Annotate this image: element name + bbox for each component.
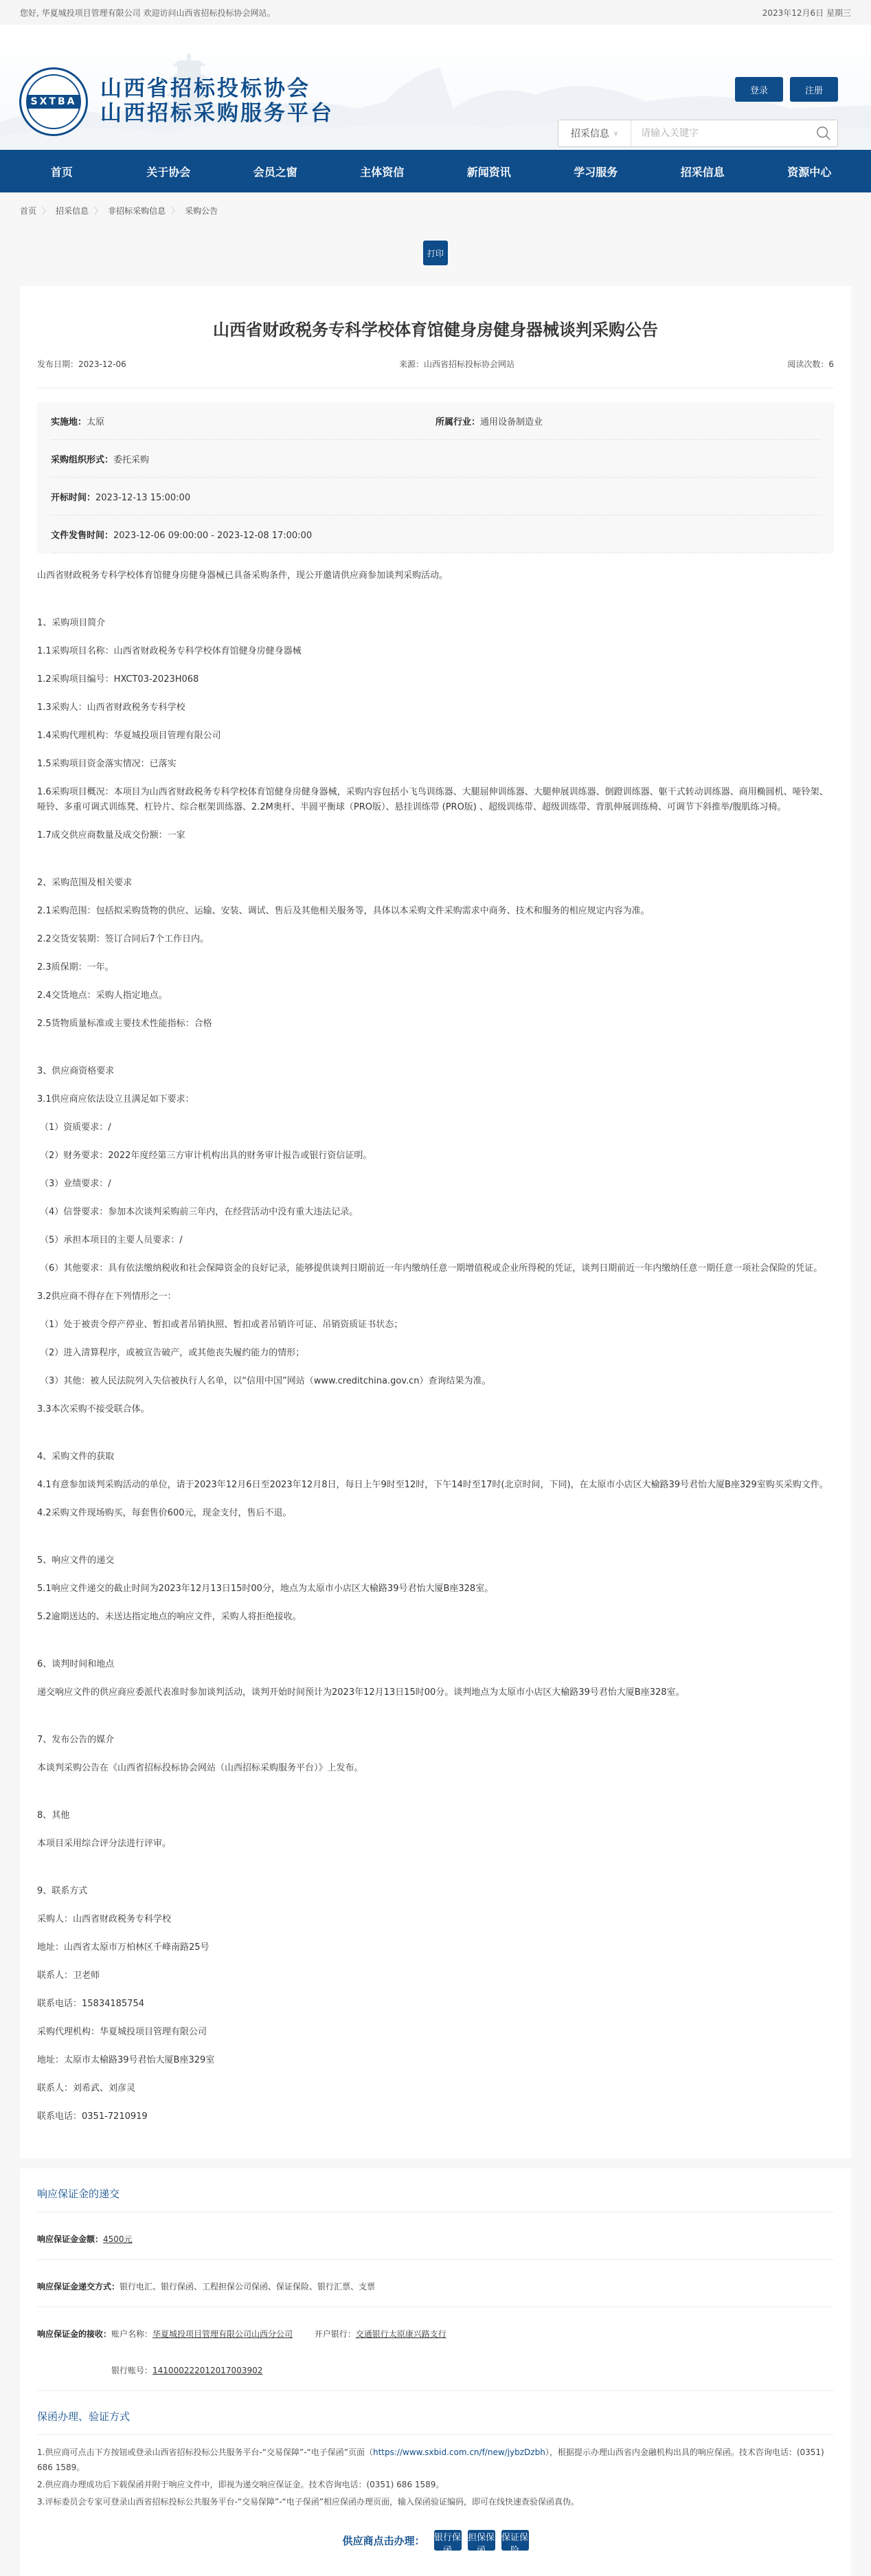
paragraph: 3.1供应商应依法设立且满足如下要求： bbox=[37, 1092, 834, 1107]
search-category-value: 招采信息 bbox=[571, 126, 609, 140]
breadcrumb-home[interactable]: 首页 bbox=[20, 205, 36, 216]
chevron-right-icon: 〉 bbox=[42, 205, 50, 216]
surety-guarantee-button[interactable]: 担保保函 bbox=[468, 2530, 495, 2551]
nav-item-credit[interactable]: 主体资信 bbox=[329, 150, 436, 192]
guarantee-cta-label: 供应商点击办理： bbox=[342, 2533, 425, 2548]
paragraph: 4.2采购文件现场购买，每套售价600元，现金支付，售后不退。 bbox=[37, 1506, 834, 1521]
guarantee-line-2: 2.供应商办理成功后下载保函并附于响应文件中，即视为递交响应保证金。技术咨询电话… bbox=[37, 2477, 834, 2492]
deposit-amount-label: 响应保证金金额： bbox=[37, 2234, 103, 2244]
location-value: 太原 bbox=[87, 417, 104, 428]
logo-title-line1: 山西省招标投标协会 bbox=[100, 77, 334, 102]
account-no-label: 银行账号： bbox=[111, 2366, 152, 2375]
paragraph: 2.4交货地点：采购人指定地点。 bbox=[37, 988, 834, 1003]
article-meta: 发布日期：2023-12-06 来源：山西省招标投标协会网站 阅读次数：6 bbox=[37, 358, 834, 388]
bank-guarantee-button[interactable]: 银行保函 bbox=[434, 2530, 462, 2551]
contact-line: 地址：太原市太榆路39号君怡大厦B座329室 bbox=[37, 2053, 834, 2068]
guarantee-instructions: 1.供应商可点击下方按钮或登录山西省招标投标公共服务平台-“交易保障”-“电子保… bbox=[37, 2435, 834, 2509]
account-name-value: 华夏城投项目管理有限公司山西分公司 bbox=[152, 2329, 293, 2339]
paragraph: 1.4采购代理机构：华夏城投项目管理有限公司 bbox=[37, 729, 834, 744]
paragraph: （4）信誉要求：参加本次谈判采购前三年内，在经营活动中没有重大违法记录。 bbox=[37, 1205, 834, 1220]
deposit-section-title: 响应保证金的递交 bbox=[37, 2168, 834, 2212]
bank-value: 交通银行太原康兴路支行 bbox=[356, 2329, 446, 2339]
sale-time-label: 文件发售时间： bbox=[51, 531, 113, 541]
account-no-value: 141000222012017003902 bbox=[152, 2366, 262, 2375]
open-time-label: 开标时间： bbox=[51, 493, 95, 503]
paragraph: 1.3采购人：山西省财政税务专科学校 bbox=[37, 700, 834, 715]
logo-emblem: SXTBA bbox=[19, 67, 88, 136]
account-name-label: 账户名称： bbox=[111, 2329, 152, 2339]
contact-line: 地址：山西省太原市万柏林区千峰南路25号 bbox=[37, 1940, 834, 1955]
bank-label: 开户银行： bbox=[315, 2329, 356, 2339]
deposit-amount-value: 4500元 bbox=[103, 2234, 133, 2244]
search-category-select[interactable]: 招采信息 ∨ bbox=[558, 120, 631, 146]
view-count: 阅读次数：6 bbox=[787, 358, 834, 370]
chevron-down-icon: ∨ bbox=[613, 130, 618, 137]
sale-time-value: 2023-12-06 09:00:00 - 2023-12-08 17:00:0… bbox=[113, 531, 312, 541]
guarantee-section-title: 保函办理、验证方式 bbox=[37, 2391, 834, 2435]
logo-title-line2: 山西招标采购服务平台 bbox=[100, 102, 334, 126]
paragraph: 1.1采购项目名称：山西省财政税务专科学校体育馆健身房健身器械 bbox=[37, 644, 834, 659]
guarantee-insurance-button[interactable]: 保证保险 bbox=[501, 2530, 529, 2551]
guarantee-line-1: 1.供应商可点击下方按钮或登录山西省招标投标公共服务平台-“交易保障”-“电子保… bbox=[37, 2447, 373, 2457]
main-nav: 首页 关于协会 会员之窗 主体资信 新闻资讯 学习服务 招采信息 资源中心 bbox=[0, 150, 871, 192]
deposit-card: 响应保证金的递交 响应保证金金额：4500元 响应保证金递交方式：银行电汇、银行… bbox=[20, 2168, 851, 2576]
paragraph: 1.7成交供应商数量及成交份额：一家 bbox=[37, 828, 834, 843]
intro-paragraph: 山西省财政税务专科学校体育馆健身房健身器械已具备采购条件，现公开邀请供应商参加谈… bbox=[37, 568, 834, 584]
paragraph: 2.2交货安装期：签订合同后7个工作日内。 bbox=[37, 932, 834, 947]
breadcrumb-current: 采购公告 bbox=[185, 205, 218, 216]
breadcrumb: 首页 〉 招采信息 〉 非招标采购信息 〉 采购公告 bbox=[0, 192, 871, 228]
publish-date: 发布日期：2023-12-06 bbox=[37, 358, 126, 370]
industry-label: 所属行业： bbox=[435, 417, 480, 428]
paragraph: 5.2逾期送达的、未送达指定地点的响应文件，采购人将拒绝接收。 bbox=[37, 1610, 834, 1625]
paragraph: 1.5采购项目资金落实情况：已落实 bbox=[37, 757, 834, 772]
org-form-value: 委托采购 bbox=[113, 455, 149, 465]
logo-abbr: SXTBA bbox=[27, 95, 81, 109]
register-button[interactable]: 注册 bbox=[790, 77, 838, 102]
org-form-label: 采购组织形式： bbox=[51, 455, 113, 465]
nav-item-procurement[interactable]: 招采信息 bbox=[649, 150, 756, 192]
search-icon[interactable] bbox=[810, 126, 837, 141]
greeting-text: 您好, 华夏城投项目管理有限公司 欢迎访问山西省招标投标协会网站。 bbox=[20, 7, 275, 19]
paragraph: （3）业绩要求：/ bbox=[37, 1177, 834, 1192]
nav-item-resources[interactable]: 资源中心 bbox=[756, 150, 863, 192]
paragraph: 1.2采购项目编号：HXCT03-2023H068 bbox=[37, 672, 834, 687]
paragraph: 本项目采用综合评分法进行评审。 bbox=[37, 1836, 834, 1852]
deposit-method-value: 银行电汇、银行保函、工程担保公司保函、保证保险、银行汇票、支票 bbox=[120, 2282, 375, 2291]
contact-line: 采购人：山西省财政税务专科学校 bbox=[37, 1912, 834, 1927]
top-bar: 您好, 华夏城投项目管理有限公司 欢迎访问山西省招标投标协会网站。 2023年1… bbox=[0, 0, 871, 25]
nav-item-news[interactable]: 新闻资讯 bbox=[435, 150, 543, 192]
industry-value: 通用设备制造业 bbox=[480, 417, 543, 428]
section-heading: 2、采购范围及相关要求 bbox=[37, 876, 834, 891]
paragraph: 5.1响应文件递交的截止时间为2023年12月13日15时00分，地点为太原市小… bbox=[37, 1581, 834, 1597]
contact-line: 联系电话：0351-7210919 bbox=[37, 2109, 834, 2124]
article-card: 山西省财政税务专科学校体育馆健身房健身器械谈判采购公告 发布日期：2023-12… bbox=[20, 286, 851, 2158]
section-heading: 7、发布公告的媒介 bbox=[37, 1733, 834, 1748]
contact-line: 采购代理机构：华夏城投项目管理有限公司 bbox=[37, 2025, 834, 2040]
guarantee-link[interactable]: https://www.sxbid.com.cn/f/new/jybzDzbh bbox=[373, 2447, 545, 2457]
site-header: SXTBA 山西省招标投标协会 山西招标采购服务平台 登录 注册 招采信息 ∨ bbox=[0, 25, 871, 150]
contact-line: 联系人：卫老师 bbox=[37, 1968, 834, 1984]
section-heading: 9、联系方式 bbox=[37, 1884, 834, 1899]
paragraph: 本谈判采购公告在《山西省招标投标协会网站（山西招标采购服务平台）》上发布。 bbox=[37, 1761, 834, 1776]
paragraph: （6）其他要求：具有依法缴纳税收和社会保障资金的良好记录，能够提供谈判日期前近一… bbox=[37, 1261, 834, 1276]
section-heading: 5、响应文件的递交 bbox=[37, 1553, 834, 1568]
breadcrumb-non-tender[interactable]: 非招标采购信息 bbox=[108, 205, 166, 216]
section-heading: 6、谈判时间和地点 bbox=[37, 1657, 834, 1672]
nav-item-home[interactable]: 首页 bbox=[8, 150, 115, 192]
paragraph: 4.1有意参加谈判采购活动的单位，请于2023年12月6日至2023年12月8日… bbox=[37, 1478, 834, 1493]
paragraph: 2.3质保期：一年。 bbox=[37, 960, 834, 975]
search-input[interactable] bbox=[631, 128, 810, 139]
chevron-right-icon: 〉 bbox=[171, 205, 179, 216]
print-button[interactable]: 打印 bbox=[423, 241, 448, 265]
paragraph: （2）财务要求：2022年度经第三方审计机构出具的财务审计报告或银行资信证明。 bbox=[37, 1148, 834, 1164]
search-bar: 招采信息 ∨ bbox=[558, 120, 838, 147]
section-heading: 1、采购项目简介 bbox=[37, 616, 834, 631]
login-button[interactable]: 登录 bbox=[735, 77, 783, 102]
paragraph: （1）资质要求：/ bbox=[37, 1120, 834, 1135]
contact-line: 联系电话：15834185754 bbox=[37, 1997, 834, 2012]
breadcrumb-procurement[interactable]: 招采信息 bbox=[56, 205, 89, 216]
current-date: 2023年12月6日 星期三 bbox=[762, 7, 851, 19]
paragraph: 3.2供应商不得存在下列情形之一： bbox=[37, 1289, 834, 1304]
deposit-method-label: 响应保证金递交方式： bbox=[37, 2282, 120, 2291]
chevron-right-icon: 〉 bbox=[94, 205, 102, 216]
paragraph: 递交响应文件的供应商应委派代表准时参加谈判活动，谈判开始时间预计为2023年12… bbox=[37, 1685, 834, 1700]
paragraph: 3.3本次采购不接受联合体。 bbox=[37, 1402, 834, 1417]
nav-item-learning[interactable]: 学习服务 bbox=[543, 150, 650, 192]
location-label: 实施地： bbox=[51, 417, 87, 428]
paragraph: （1）处于被责令停产停业、暂扣或者吊销执照、暂扣或者吊销许可证、吊销资质证书状态… bbox=[37, 1318, 834, 1333]
open-time-value: 2023-12-13 15:00:00 bbox=[95, 493, 190, 503]
paragraph: 2.5货物质量标准或主要技术性能指标：合格 bbox=[37, 1017, 834, 1032]
section-heading: 4、采购文件的获取 bbox=[37, 1450, 834, 1465]
contact-line: 联系人：刘希武、刘彦灵 bbox=[37, 2081, 834, 2096]
paragraph: 1.6采购项目概况：本项目为山西省财政税务专科学校体育馆健身房健身器械，采购内容… bbox=[37, 785, 834, 815]
article-body: 山西省财政税务专科学校体育馆健身房健身器械已具备采购条件，现公开邀请供应商参加谈… bbox=[37, 553, 834, 2124]
site-logo[interactable]: SXTBA 山西省招标投标协会 山西招标采购服务平台 bbox=[19, 67, 334, 136]
nav-item-members[interactable]: 会员之窗 bbox=[222, 150, 329, 192]
paragraph: 2.1采购范围：包括拟采购货物的供应、运输、安装、调试、售后及其他相关服务等，具… bbox=[37, 904, 834, 919]
deposit-receive-label: 响应保证金的接收： bbox=[37, 2328, 111, 2376]
paragraph: （5）承担本项目的主要人员要求：/ bbox=[37, 1233, 834, 1248]
source: 来源：山西省招标投标协会网站 bbox=[399, 358, 514, 370]
guarantee-line-3: 3.评标委员会专家可登录山西省招标投标公共服务平台-“交易保障”-“电子保函”相… bbox=[37, 2494, 834, 2509]
section-heading: 3、供应商资格要求 bbox=[37, 1064, 834, 1079]
paragraph: （2）进入清算程序，或被宣告破产，或其他丧失履约能力的情形； bbox=[37, 1346, 834, 1361]
page-title: 山西省财政税务专科学校体育馆健身房健身器械谈判采购公告 bbox=[37, 286, 834, 340]
section-heading: 8、其他 bbox=[37, 1808, 834, 1823]
paragraph: （3）其他：被人民法院列入失信被执行人名单，以“信用中国”网站（www.cred… bbox=[37, 1374, 834, 1389]
project-info-box: 实施地：太原 所属行业：通用设备制造业 采购组织形式：委托采购 开标时间：202… bbox=[37, 402, 834, 553]
nav-item-about[interactable]: 关于协会 bbox=[115, 150, 223, 192]
